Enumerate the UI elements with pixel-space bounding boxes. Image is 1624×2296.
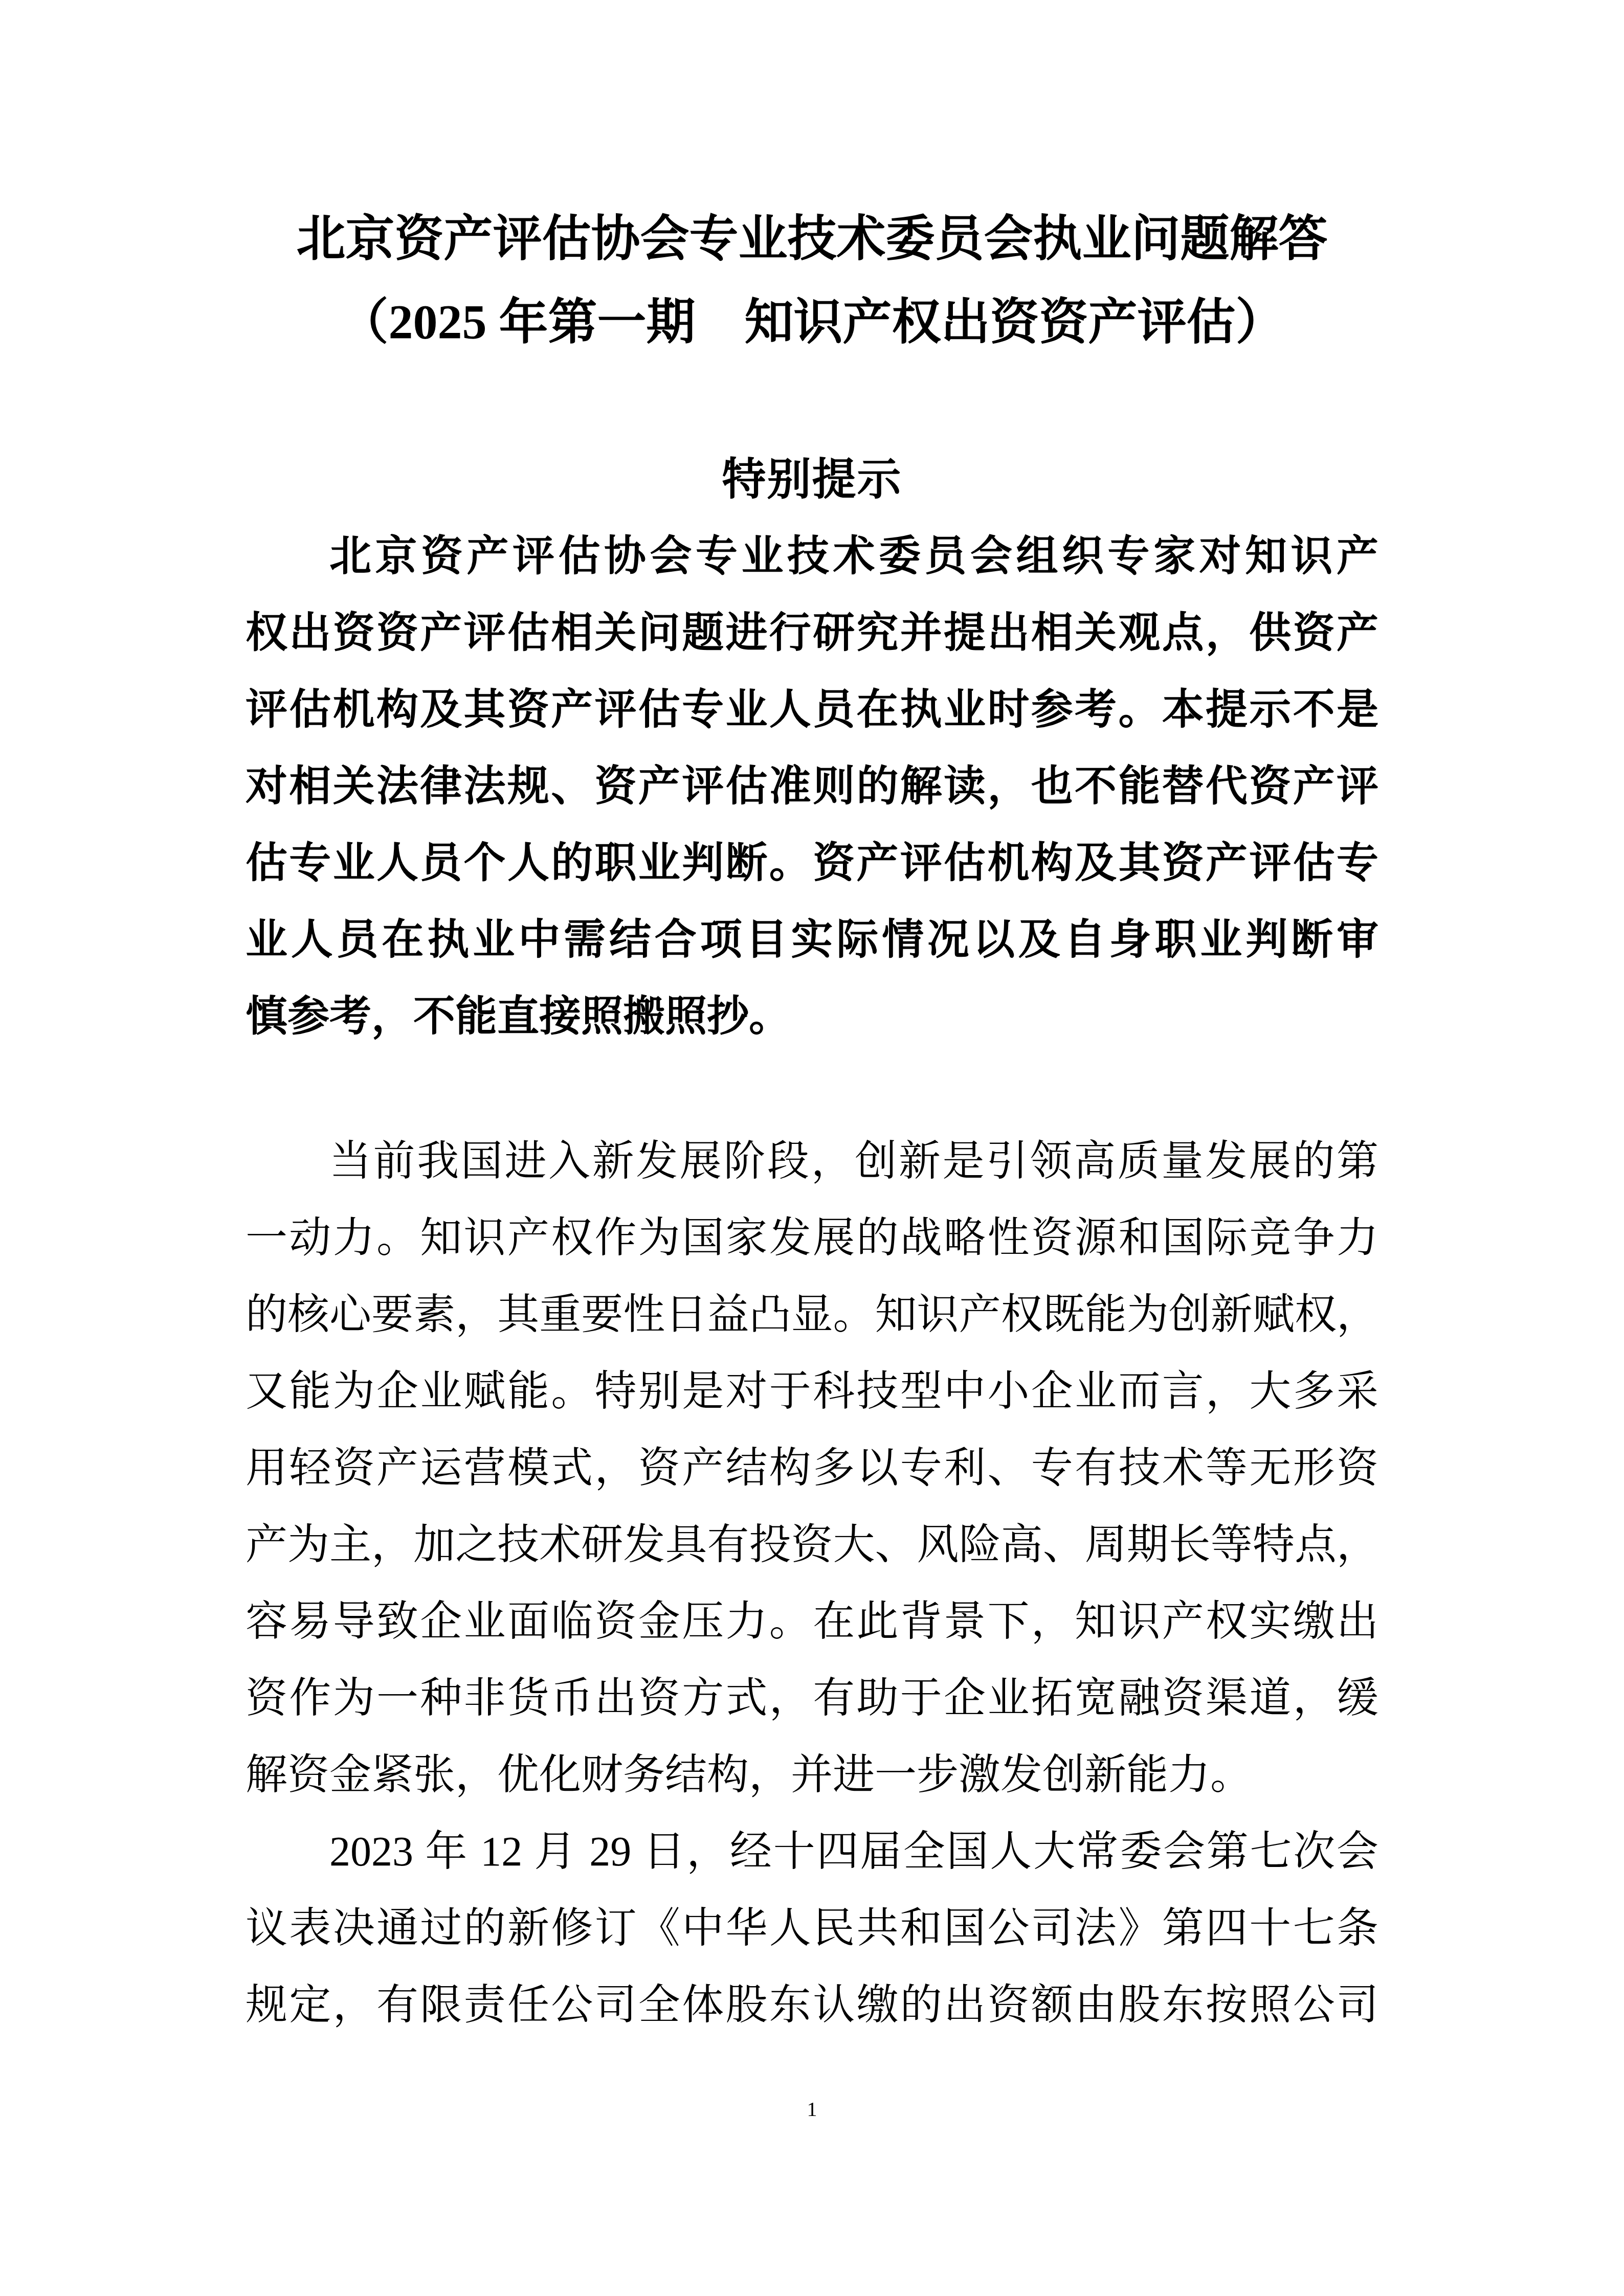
notice-line: 评估机构及其资产评估专业人员在执业时参考。本提示不是 (246, 671, 1378, 748)
body-line: 2023 年 12 月 29 日，经十四届全国人大常委会第七次会 (246, 1813, 1378, 1890)
body-paragraph-1: 当前我国进入新发展阶段，创新是引领高质量发展的第 一动力。知识产权作为国家发展的… (246, 1123, 1378, 1813)
body-line: 产为主，加之技术研发具有投资大、风险高、周期长等特点， (246, 1506, 1378, 1583)
body-paragraph-2: 2023 年 12 月 29 日，经十四届全国人大常委会第七次会 议表决通过的新… (246, 1813, 1378, 2043)
notice-line: 估专业人员个人的职业判断。资产评估机构及其资产评估专 (246, 825, 1378, 902)
notice-line: 对相关法律法规、资产评估准则的解读，也不能替代资产评 (246, 748, 1378, 825)
document-page: 北京资产评估协会专业技术委员会执业问题解答 （2025 年第一期 知识产权出资资… (0, 0, 1624, 2296)
special-notice-heading: 特别提示 (246, 441, 1378, 518)
body-line: 当前我国进入新发展阶段，创新是引领高质量发展的第 (246, 1123, 1378, 1200)
body-line: 用轻资产运营模式，资产结构多以专利、专有技术等无形资 (246, 1430, 1378, 1506)
document-title-line-2: （2025 年第一期 知识产权出资资产评估） (246, 280, 1378, 364)
notice-line: 权出资资产评估相关问题进行研究并提出相关观点，供资产 (246, 595, 1378, 671)
body-line: 一动力。知识产权作为国家发展的战略性资源和国际竞争力 (246, 1200, 1378, 1276)
body-line: 议表决通过的新修订《中华人民共和国公司法》第四十七条 (246, 1890, 1378, 1967)
notice-line: 业人员在执业中需结合项目实际情况以及自身职业判断审 (246, 902, 1378, 978)
body-line: 的核心要素，其重要性日益凸显。知识产权既能为创新赋权， (246, 1276, 1378, 1353)
document-title-line-1: 北京资产评估协会专业技术委员会执业问题解答 (246, 197, 1378, 280)
notice-line: 北京资产评估协会专业技术委员会组织专家对知识产 (246, 518, 1378, 595)
body-line: 又能为企业赋能。特别是对于科技型中小企业而言，大多采 (246, 1353, 1378, 1430)
body-line: 规定，有限责任公司全体股东认缴的出资额由股东按照公司 (246, 1967, 1378, 2043)
document-title: 北京资产评估协会专业技术委员会执业问题解答 （2025 年第一期 知识产权出资资… (246, 197, 1378, 364)
special-notice-paragraph: 北京资产评估协会专业技术委员会组织专家对知识产 权出资资产评估相关问题进行研究并… (246, 518, 1378, 1055)
body-line: 资作为一种非货币出资方式，有助于企业拓宽融资渠道，缓 (246, 1660, 1378, 1737)
body-line: 解资金紧张，优化财务结构，并进一步激发创新能力。 (246, 1737, 1378, 1813)
page-number: 1 (246, 2097, 1378, 2122)
notice-line: 慎参考，不能直接照搬照抄。 (246, 978, 1378, 1055)
page-content: 北京资产评估协会专业技术委员会执业问题解答 （2025 年第一期 知识产权出资资… (246, 197, 1378, 2043)
body-line: 容易导致企业面临资金压力。在此背景下，知识产权实缴出 (246, 1583, 1378, 1660)
